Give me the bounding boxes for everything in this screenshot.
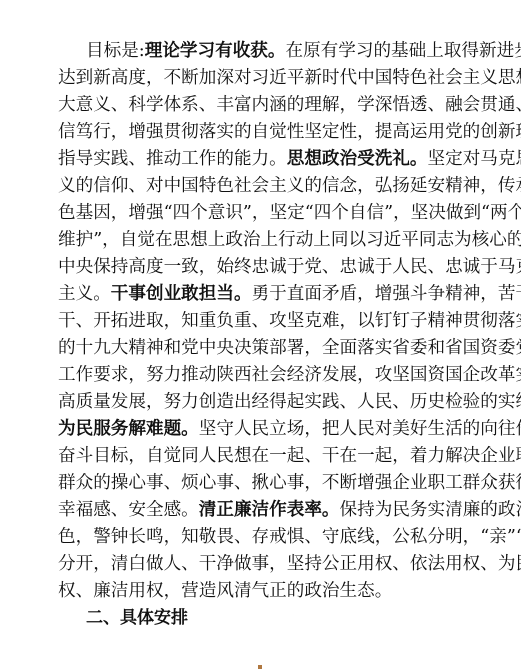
text-segment: 主义。 <box>58 284 111 304</box>
text-segment: 维护”，自觉在思想上政治上行动上同以习近平同志为核心的党 <box>58 230 521 250</box>
text-line: 达到新高度，不断加深对习近平新时代中国特色社会主义思想重 <box>58 65 464 92</box>
text-segment: 工作要求，努力推动陕西社会经济发展，攻坚国资国企改革实现 <box>58 365 521 385</box>
text-line: 义的信仰、对中国特色社会主义的信念，弘扬延安精神，传承红 <box>58 173 464 200</box>
text-line: 指导实践、推动工作的能力。思想政治受洗礼。坚定对马克思主 <box>58 146 464 173</box>
text-segment: 分开，清白做人、干净做事，坚持公正用权、依法用权、为民用 <box>58 554 521 574</box>
text-line: 大意义、科学体系、丰富内涵的理解，学深悟透、融会贯通、真 <box>58 92 464 119</box>
text-line: 分开，清白做人、干净做事，坚持公正用权、依法用权、为民用 <box>58 551 464 578</box>
text-line: 干、开拓进取，知重负重、攻坚克难，以钉钉子精神贯彻落实党 <box>58 308 464 335</box>
text-segment: 在原有学习的基础上取得新进步、 <box>285 41 521 61</box>
text-segment: 目标是: <box>86 41 145 61</box>
bold-subheading: 思想政治受洗礼。 <box>287 149 428 169</box>
text-segment: 指导实践、推动工作的能力。 <box>58 149 287 169</box>
text-line: 信笃行，增强贯彻落实的自觉性坚定性，提高运用党的创新理论 <box>58 119 464 146</box>
text-segment: 群众的操心事、烦心事、揪心事，不断增强企业职工群众获得感、 <box>58 473 521 493</box>
text-segment: 色基因，增强“四个意识”，坚定“四个自信”，坚决做到“两个 <box>58 203 521 223</box>
text-segment: 信笃行，增强贯彻落实的自觉性坚定性，提高运用党的创新理论 <box>58 122 521 142</box>
text-segment: 的十九大精神和党中央决策部署，全面落实省委和省国资委党委 <box>58 338 521 358</box>
section-heading: 二、具体安排 <box>58 605 464 632</box>
text-segment: 义的信仰、对中国特色社会主义的信念，弘扬延安精神，传承红 <box>58 176 521 196</box>
text-line: 高质量发展，努力创造出经得起实践、人民、历史检验的实绩。 <box>58 389 464 416</box>
document-page: 目标是:理论学习有收获。在原有学习的基础上取得新进步、达到新高度，不断加深对习近… <box>58 38 464 632</box>
text-line: 奋斗目标，自觉同人民想在一起、干在一起，着力解决企业职工 <box>58 443 464 470</box>
text-line: 目标是:理论学习有收获。在原有学习的基础上取得新进步、 <box>58 38 464 65</box>
text-line: 群众的操心事、烦心事、揪心事，不断增强企业职工群众获得感、 <box>58 470 464 497</box>
text-line: 的十九大精神和党中央决策部署，全面落实省委和省国资委党委 <box>58 335 464 362</box>
text-segment: 中央保持高度一致，始终忠诚于党、忠诚于人民、忠诚于马克思 <box>58 257 521 277</box>
bold-subheading: 干事创业敢担当。 <box>111 284 252 304</box>
text-line: 为民服务解难题。坚守人民立场，把人民对美好生活的向往作为 <box>58 416 464 443</box>
bold-subheading: 清正廉洁作表率。 <box>199 500 340 520</box>
text-segment: 色，警钟长鸣，知敬畏、存戒惧、守底线，公私分明，“亲”“清” <box>58 527 521 547</box>
text-segment: 坚守人民立场，把人民对美好生活的向往作为 <box>199 419 521 439</box>
text-segment: 达到新高度，不断加深对习近平新时代中国特色社会主义思想重 <box>58 68 521 88</box>
body-paragraph: 目标是:理论学习有收获。在原有学习的基础上取得新进步、达到新高度，不断加深对习近… <box>58 38 464 605</box>
bold-subheading: 理论学习有收获。 <box>145 41 286 61</box>
text-segment: 干、开拓进取，知重负重、攻坚克难，以钉钉子精神贯彻落实党 <box>58 311 521 331</box>
text-line: 色基因，增强“四个意识”，坚定“四个自信”，坚决做到“两个 <box>58 200 464 227</box>
text-line: 主义。干事创业敢担当。勇于直面矛盾，增强斗争精神，苦干实 <box>58 281 464 308</box>
text-line: 工作要求，努力推动陕西社会经济发展，攻坚国资国企改革实现 <box>58 362 464 389</box>
text-segment: 保持为民务实清廉的政治本 <box>340 500 521 520</box>
text-segment: 坚定对马克思主 <box>428 149 521 169</box>
text-line: 中央保持高度一致，始终忠诚于党、忠诚于人民、忠诚于马克思 <box>58 254 464 281</box>
text-segment: 权、廉洁用权，营造风清气正的政治生态。 <box>58 581 392 601</box>
text-line: 权、廉洁用权，营造风清气正的政治生态。 <box>58 578 464 605</box>
text-segment: 幸福感、安全感。 <box>58 500 199 520</box>
text-segment: 高质量发展，努力创造出经得起实践、人民、历史检验的实绩。 <box>58 392 521 412</box>
text-segment: 勇于直面矛盾，增强斗争精神，苦干实 <box>252 284 521 304</box>
page-number-mark <box>258 665 262 669</box>
bold-subheading: 为民服务解难题。 <box>58 419 199 439</box>
text-line: 幸福感、安全感。清正廉洁作表率。保持为民务实清廉的政治本 <box>58 497 464 524</box>
text-line: 色，警钟长鸣，知敬畏、存戒惧、守底线，公私分明，“亲”“清” <box>58 524 464 551</box>
text-segment: 奋斗目标，自觉同人民想在一起、干在一起，着力解决企业职工 <box>58 446 521 466</box>
text-line: 维护”，自觉在思想上政治上行动上同以习近平同志为核心的党 <box>58 227 464 254</box>
text-segment: 大意义、科学体系、丰富内涵的理解，学深悟透、融会贯通、真 <box>58 95 521 115</box>
